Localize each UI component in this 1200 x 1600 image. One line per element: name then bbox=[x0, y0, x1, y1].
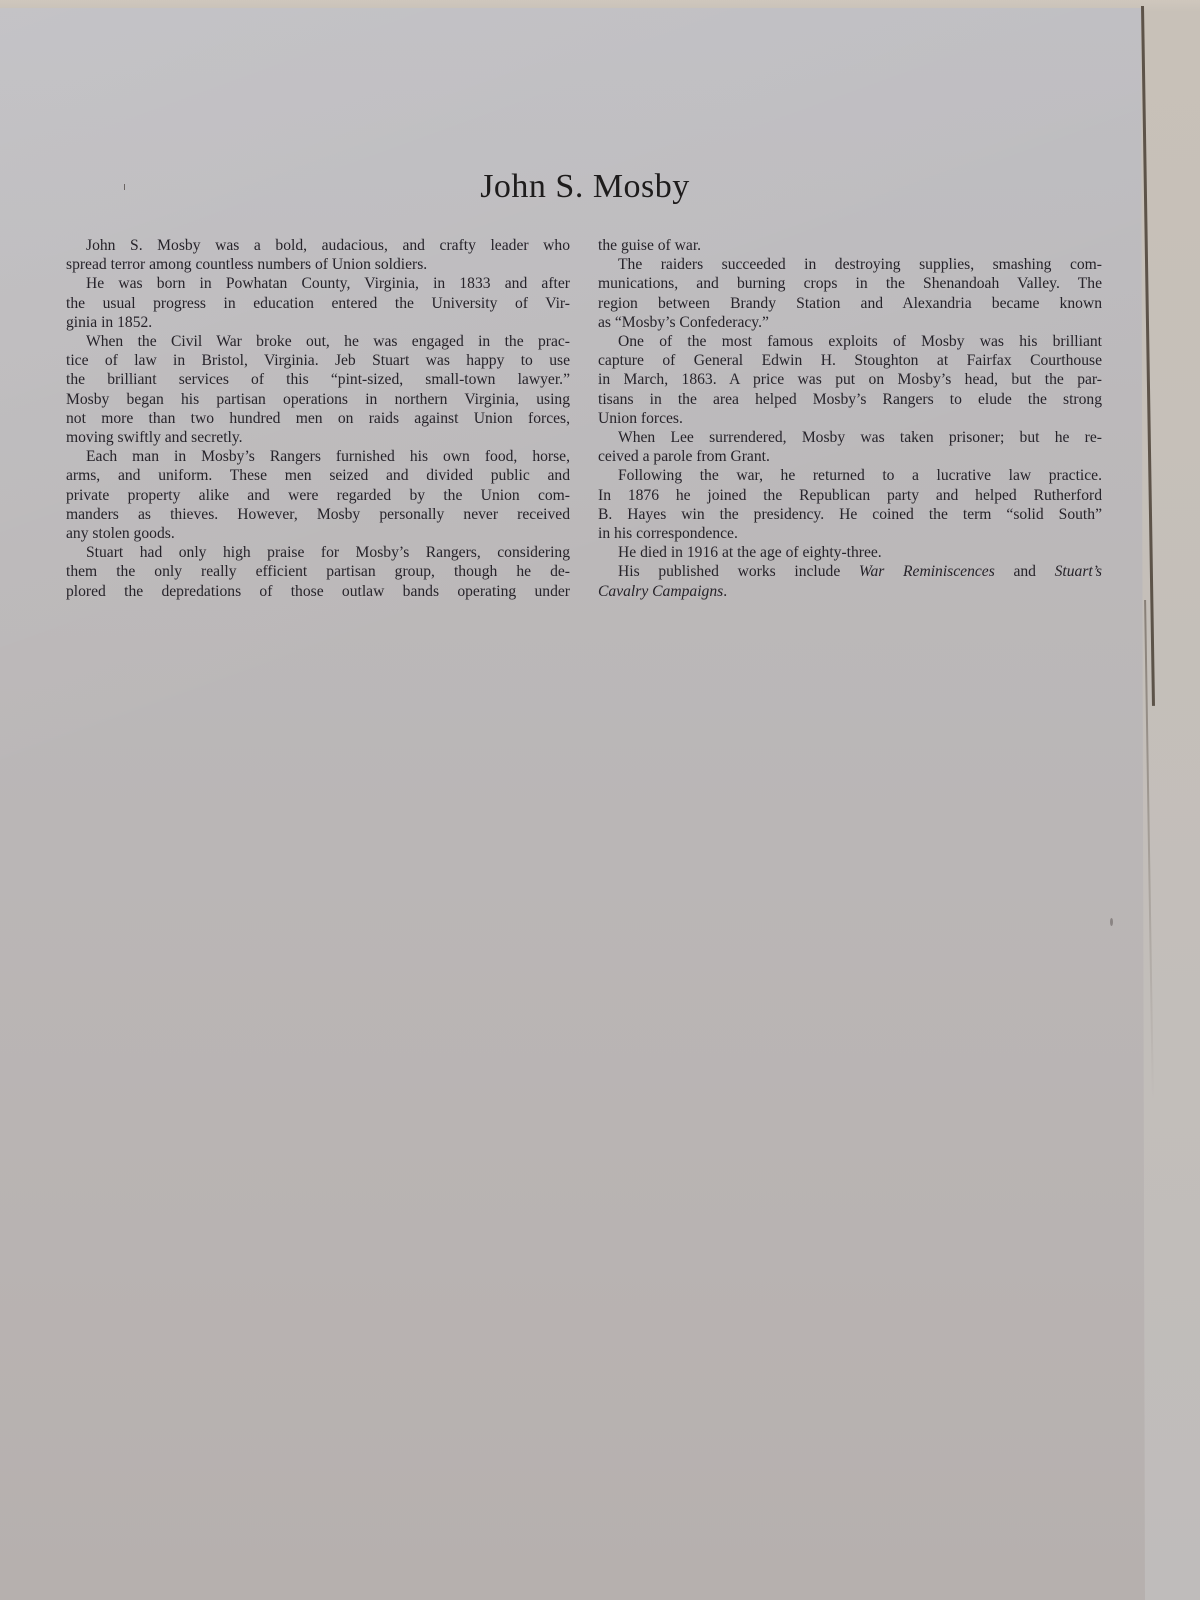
book-title: Stuart’s bbox=[1055, 563, 1102, 580]
book-title: War Reminiscences bbox=[859, 563, 995, 580]
text-line: any stolen goods. bbox=[66, 524, 570, 543]
text-line: In 1876 he joined the Republican party a… bbox=[598, 486, 1102, 505]
text-line: plored the depredations of those outlaw … bbox=[66, 582, 570, 601]
text-line: One of the most famous exploits of Mosby… bbox=[598, 332, 1102, 351]
text-line: ginia in 1852. bbox=[66, 313, 570, 332]
text-line: Mosby began his partisan operations in n… bbox=[66, 390, 570, 409]
text-column-right-body: the guise of war.The raiders succeeded i… bbox=[598, 236, 1102, 562]
document-page: John S. Mosby John S. Mosby was a bold, … bbox=[0, 8, 1145, 1600]
text-line: ceived a parole from Grant. bbox=[598, 447, 1102, 466]
text-line: Cavalry Campaigns. bbox=[598, 582, 1102, 601]
text-line: He was born in Powhatan County, Virginia… bbox=[66, 274, 570, 293]
paper-speck bbox=[1110, 918, 1113, 926]
text-line: arms, and uniform. These men seized and … bbox=[66, 466, 570, 485]
text-line: When the Civil War broke out, he was eng… bbox=[66, 332, 570, 351]
text-line: capture of General Edwin H. Stoughton at… bbox=[598, 351, 1102, 370]
text-line: His published works include War Reminisc… bbox=[598, 562, 1102, 581]
page-title: John S. Mosby bbox=[0, 168, 1170, 206]
text-line: in March, 1863. A price was put on Mosby… bbox=[598, 370, 1102, 389]
closing-text: and bbox=[995, 563, 1055, 580]
text-line: spread terror among countless numbers of… bbox=[66, 255, 570, 274]
text-line: When Lee surrendered, Mosby was taken pr… bbox=[598, 428, 1102, 447]
text-line: the usual progress in education entered … bbox=[66, 294, 570, 313]
text-line: manders as thieves. However, Mosby perso… bbox=[66, 505, 570, 524]
text-line: He died in 1916 at the age of eighty-thr… bbox=[598, 543, 1102, 562]
book-title: Cavalry Campaigns bbox=[598, 583, 723, 600]
text-line: the guise of war. bbox=[598, 236, 1102, 255]
text-line: John S. Mosby was a bold, audacious, and… bbox=[66, 236, 570, 255]
closing-text: . bbox=[723, 583, 727, 600]
text-column-left: John S. Mosby was a bold, audacious, and… bbox=[66, 236, 570, 601]
text-line: B. Hayes win the presidency. He coined t… bbox=[598, 505, 1102, 524]
text-line: munications, and burning crops in the Sh… bbox=[598, 274, 1102, 293]
text-line: as “Mosby’s Confederacy.” bbox=[598, 313, 1102, 332]
text-line: Stuart had only high praise for Mosby’s … bbox=[66, 543, 570, 562]
text-line: private property alike and were regarded… bbox=[66, 486, 570, 505]
closing-text: His published works include bbox=[618, 563, 859, 580]
text-line: not more than two hundred men on raids a… bbox=[66, 409, 570, 428]
text-line: tisans in the area helped Mosby’s Ranger… bbox=[598, 390, 1102, 409]
text-line: Each man in Mosby’s Rangers furnished hi… bbox=[66, 447, 570, 466]
text-line: Following the war, he returned to a lucr… bbox=[598, 466, 1102, 485]
text-line: Union forces. bbox=[598, 409, 1102, 428]
text-line: the brilliant services of this “pint-siz… bbox=[66, 370, 570, 389]
text-line: region between Brandy Station and Alexan… bbox=[598, 294, 1102, 313]
text-line: tice of law in Bristol, Virginia. Jeb St… bbox=[66, 351, 570, 370]
text-line: moving swiftly and secretly. bbox=[66, 428, 570, 447]
text-line: The raiders succeeded in destroying supp… bbox=[598, 255, 1102, 274]
paper-speck bbox=[124, 184, 125, 190]
text-line: in his correspondence. bbox=[598, 524, 1102, 543]
text-column-right: the guise of war.The raiders succeeded i… bbox=[598, 236, 1102, 601]
text-line: them the only really efficient partisan … bbox=[66, 562, 570, 581]
